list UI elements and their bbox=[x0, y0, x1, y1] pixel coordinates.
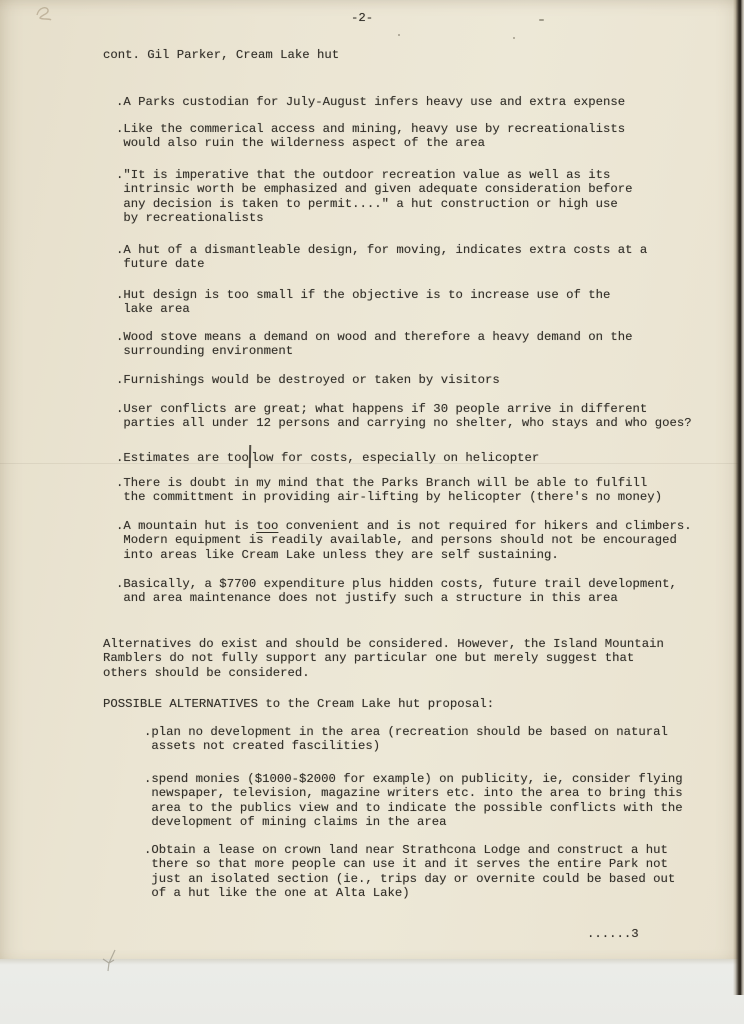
typed-line: newspaper, television, magazine writers … bbox=[144, 786, 683, 800]
scan-speck bbox=[539, 19, 544, 21]
objection-item: .Basically, a $7700 expenditure plus hid… bbox=[116, 577, 677, 606]
scan-speck bbox=[513, 37, 515, 39]
typed-line: there so that more people can use it and… bbox=[144, 857, 675, 871]
typed-line: .There is doubt in my mind that the Park… bbox=[116, 476, 662, 490]
alternative-item: .Obtain a lease on crown land near Strat… bbox=[144, 843, 675, 900]
paper-stack-edge bbox=[733, 0, 744, 995]
typed-text: convenient and is not required for hiker… bbox=[278, 519, 691, 533]
objection-item: .A Parks custodian for July-August infer… bbox=[116, 95, 625, 109]
stray-pencil-mark-icon bbox=[30, 2, 58, 26]
objection-item: .Hut design is too small if the objectiv… bbox=[116, 288, 610, 317]
typed-line: .Like the commerical access and mining, … bbox=[116, 122, 625, 136]
typed-line: .A mountain hut is too convenient and is… bbox=[116, 519, 692, 533]
continuation-heading: cont. Gil Parker, Cream Lake hut bbox=[103, 48, 339, 62]
stray-twig-mark-icon bbox=[100, 947, 124, 975]
objection-item: .Wood stove means a demand on wood and t… bbox=[116, 330, 633, 359]
typed-text: .A mountain hut is bbox=[116, 519, 256, 533]
typed-line: others should be considered. bbox=[103, 666, 664, 680]
objection-item: .Estimates are toolow for costs, especia… bbox=[116, 445, 539, 468]
typed-line: .A Parks custodian for July-August infer… bbox=[116, 95, 625, 109]
typed-line: .Wood stove means a demand on wood and t… bbox=[116, 330, 633, 344]
typed-line: development of mining claims in the area bbox=[144, 815, 683, 829]
typed-line: intrinsic worth be emphasized and given … bbox=[116, 182, 633, 196]
typed-line: .Hut design is too small if the objectiv… bbox=[116, 288, 610, 302]
objection-item: ."It is imperative that the outdoor recr… bbox=[116, 168, 633, 225]
typed-line: lake area bbox=[116, 302, 610, 316]
typed-line: future date bbox=[116, 257, 647, 271]
typed-line: .Basically, a $7700 expenditure plus hid… bbox=[116, 577, 677, 591]
typed-line: Ramblers do not fully support any partic… bbox=[103, 651, 664, 665]
typed-line: Modern equipment is readily available, a… bbox=[116, 533, 692, 547]
typed-line: .plan no development in the area (recrea… bbox=[144, 725, 668, 739]
paper: -2- cont. Gil Parker, Cream Lake hut .A … bbox=[0, 0, 741, 959]
alternatives-heading: POSSIBLE ALTERNATIVES to the Cream Lake … bbox=[103, 697, 494, 711]
typed-line: area to the publics view and to indicate… bbox=[144, 801, 683, 815]
typed-line: and area maintenance does not justify su… bbox=[116, 591, 677, 605]
typed-line: ."It is imperative that the outdoor recr… bbox=[116, 168, 633, 182]
scan-background: -2- cont. Gil Parker, Cream Lake hut .A … bbox=[0, 0, 744, 1024]
typed-line: .User conflicts are great; what happens … bbox=[116, 402, 692, 416]
objection-item: .There is doubt in my mind that the Park… bbox=[116, 476, 662, 505]
typed-line: any decision is taken to permit...." a h… bbox=[116, 197, 633, 211]
objection-item: .Like the commerical access and mining, … bbox=[116, 122, 625, 151]
typed-line: by recreationalists bbox=[116, 211, 633, 225]
typed-line: of a hut like the one at Alta Lake) bbox=[144, 886, 675, 900]
typed-line: .spend monies ($1000-$2000 for example) … bbox=[144, 772, 683, 786]
underlined-word: too bbox=[256, 519, 278, 533]
objection-item: .A hut of a dismantleable design, for mo… bbox=[116, 243, 647, 272]
typed-text: low for costs, especially on helicopter bbox=[251, 451, 539, 465]
typed-line: .Obtain a lease on crown land near Strat… bbox=[144, 843, 675, 857]
page-continuation-mark: ......3 bbox=[587, 927, 639, 941]
closing-paragraph: Alternatives do exist and should be cons… bbox=[103, 637, 664, 680]
typed-line: into areas like Cream Lake unless they a… bbox=[116, 548, 692, 562]
typed-line: parties all under 12 persons and carryin… bbox=[116, 416, 692, 430]
alternative-item: .plan no development in the area (recrea… bbox=[144, 725, 668, 754]
objection-item: .User conflicts are great; what happens … bbox=[116, 402, 692, 431]
typed-line: .Estimates are toolow for costs, especia… bbox=[116, 445, 539, 468]
typed-line: Alternatives do exist and should be cons… bbox=[103, 637, 664, 651]
typed-line: surrounding environment bbox=[116, 344, 633, 358]
objection-item: .Furnishings would be destroyed or taken… bbox=[116, 373, 500, 387]
typed-line: .Furnishings would be destroyed or taken… bbox=[116, 373, 500, 387]
typed-line: the committment in providing air-lifting… bbox=[116, 490, 662, 504]
typed-line: assets not created fascilities) bbox=[144, 739, 668, 753]
page-number: -2- bbox=[351, 11, 373, 25]
typed-text: .Estimates are too bbox=[116, 451, 249, 465]
typed-line: would also ruin the wilderness aspect of… bbox=[116, 136, 625, 150]
alternative-item: .spend monies ($1000-$2000 for example) … bbox=[144, 772, 683, 829]
typed-line: just an isolated section (ie., trips day… bbox=[144, 872, 675, 886]
typed-line: .A hut of a dismantleable design, for mo… bbox=[116, 243, 647, 257]
scan-speck bbox=[398, 34, 400, 36]
objection-item: .A mountain hut is too convenient and is… bbox=[116, 519, 692, 562]
